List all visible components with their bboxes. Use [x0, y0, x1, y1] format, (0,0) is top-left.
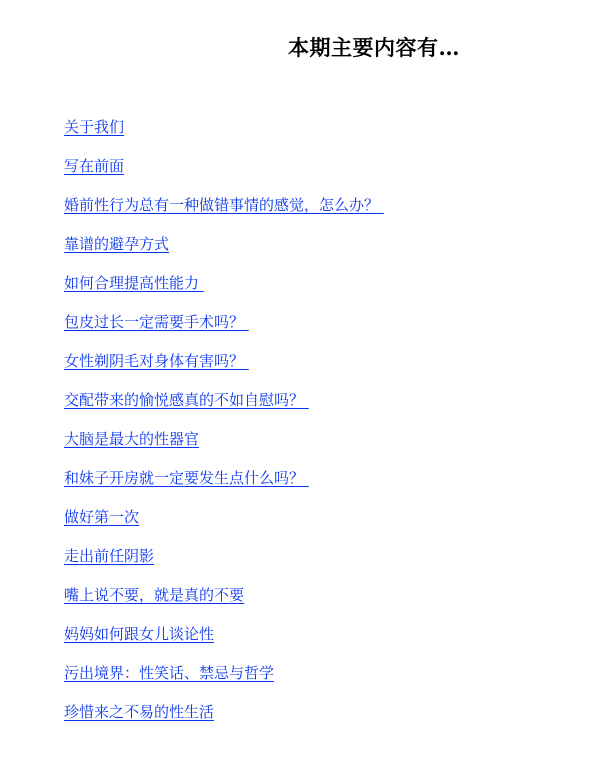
toc-link-hotel-expectations[interactable]: 和妹子开房就一定要发生点什么吗？ [64, 469, 309, 487]
toc-link-brain-organ[interactable]: 大脑是最大的性器官 [64, 430, 199, 448]
toc-item: 污出境界：性笑话、禁忌与哲学 [64, 662, 384, 701]
toc-link-first-time[interactable]: 做好第一次 [64, 508, 139, 526]
toc-item: 靠谱的避孕方式 [64, 233, 384, 272]
toc-item: 和妹子开房就一定要发生点什么吗？ [64, 467, 384, 506]
toc-item: 女性剃阴毛对身体有害吗？ [64, 350, 384, 389]
toc-link-premarital-guilt[interactable]: 婚前性行为总有一种做错事情的感觉，怎么办？ [64, 196, 384, 214]
toc-link-ex-shadow[interactable]: 走出前任阴影 [64, 547, 154, 565]
toc-item: 如何合理提高性能力 [64, 272, 384, 311]
toc-link-about-us[interactable]: 关于我们 [64, 118, 124, 136]
toc-link-pleasure-comparison[interactable]: 交配带来的愉悦感真的不如自慰吗？ [64, 391, 309, 409]
toc-item: 做好第一次 [64, 506, 384, 545]
toc-link-jokes-taboos-philosophy[interactable]: 污出境界：性笑话、禁忌与哲学 [64, 664, 274, 682]
toc-item: 写在前面 [64, 155, 384, 194]
toc-link-cherish-sex-life[interactable]: 珍惜来之不易的性生活 [64, 703, 214, 721]
toc-link-mother-daughter-talk[interactable]: 妈妈如何跟女儿谈论性 [64, 625, 214, 643]
toc-item: 大脑是最大的性器官 [64, 428, 384, 467]
toc-item: 珍惜来之不易的性生活 [64, 701, 384, 740]
toc-item: 走出前任阴影 [64, 545, 384, 584]
toc-link-no-means-no[interactable]: 嘴上说不要，就是真的不要 [64, 586, 244, 604]
toc-link-improve-ability[interactable]: 如何合理提高性能力 [64, 274, 204, 292]
toc-link-contraception[interactable]: 靠谱的避孕方式 [64, 235, 169, 253]
toc-item: 包皮过长一定需要手术吗？ [64, 311, 384, 350]
toc-link-shaving-harm[interactable]: 女性剃阴毛对身体有害吗？ [64, 352, 249, 370]
page-title: 本期主要内容有… [288, 34, 460, 62]
toc-link-phimosis-surgery[interactable]: 包皮过长一定需要手术吗？ [64, 313, 249, 331]
toc-item: 关于我们 [64, 116, 384, 155]
toc-link-preface[interactable]: 写在前面 [64, 157, 124, 175]
toc-item: 婚前性行为总有一种做错事情的感觉，怎么办？ [64, 194, 384, 233]
toc-item: 交配带来的愉悦感真的不如自慰吗？ [64, 389, 384, 428]
toc-item: 嘴上说不要，就是真的不要 [64, 584, 384, 623]
table-of-contents: 关于我们 写在前面 婚前性行为总有一种做错事情的感觉，怎么办？ 靠谱的避孕方式 … [64, 116, 384, 740]
toc-item: 妈妈如何跟女儿谈论性 [64, 623, 384, 662]
